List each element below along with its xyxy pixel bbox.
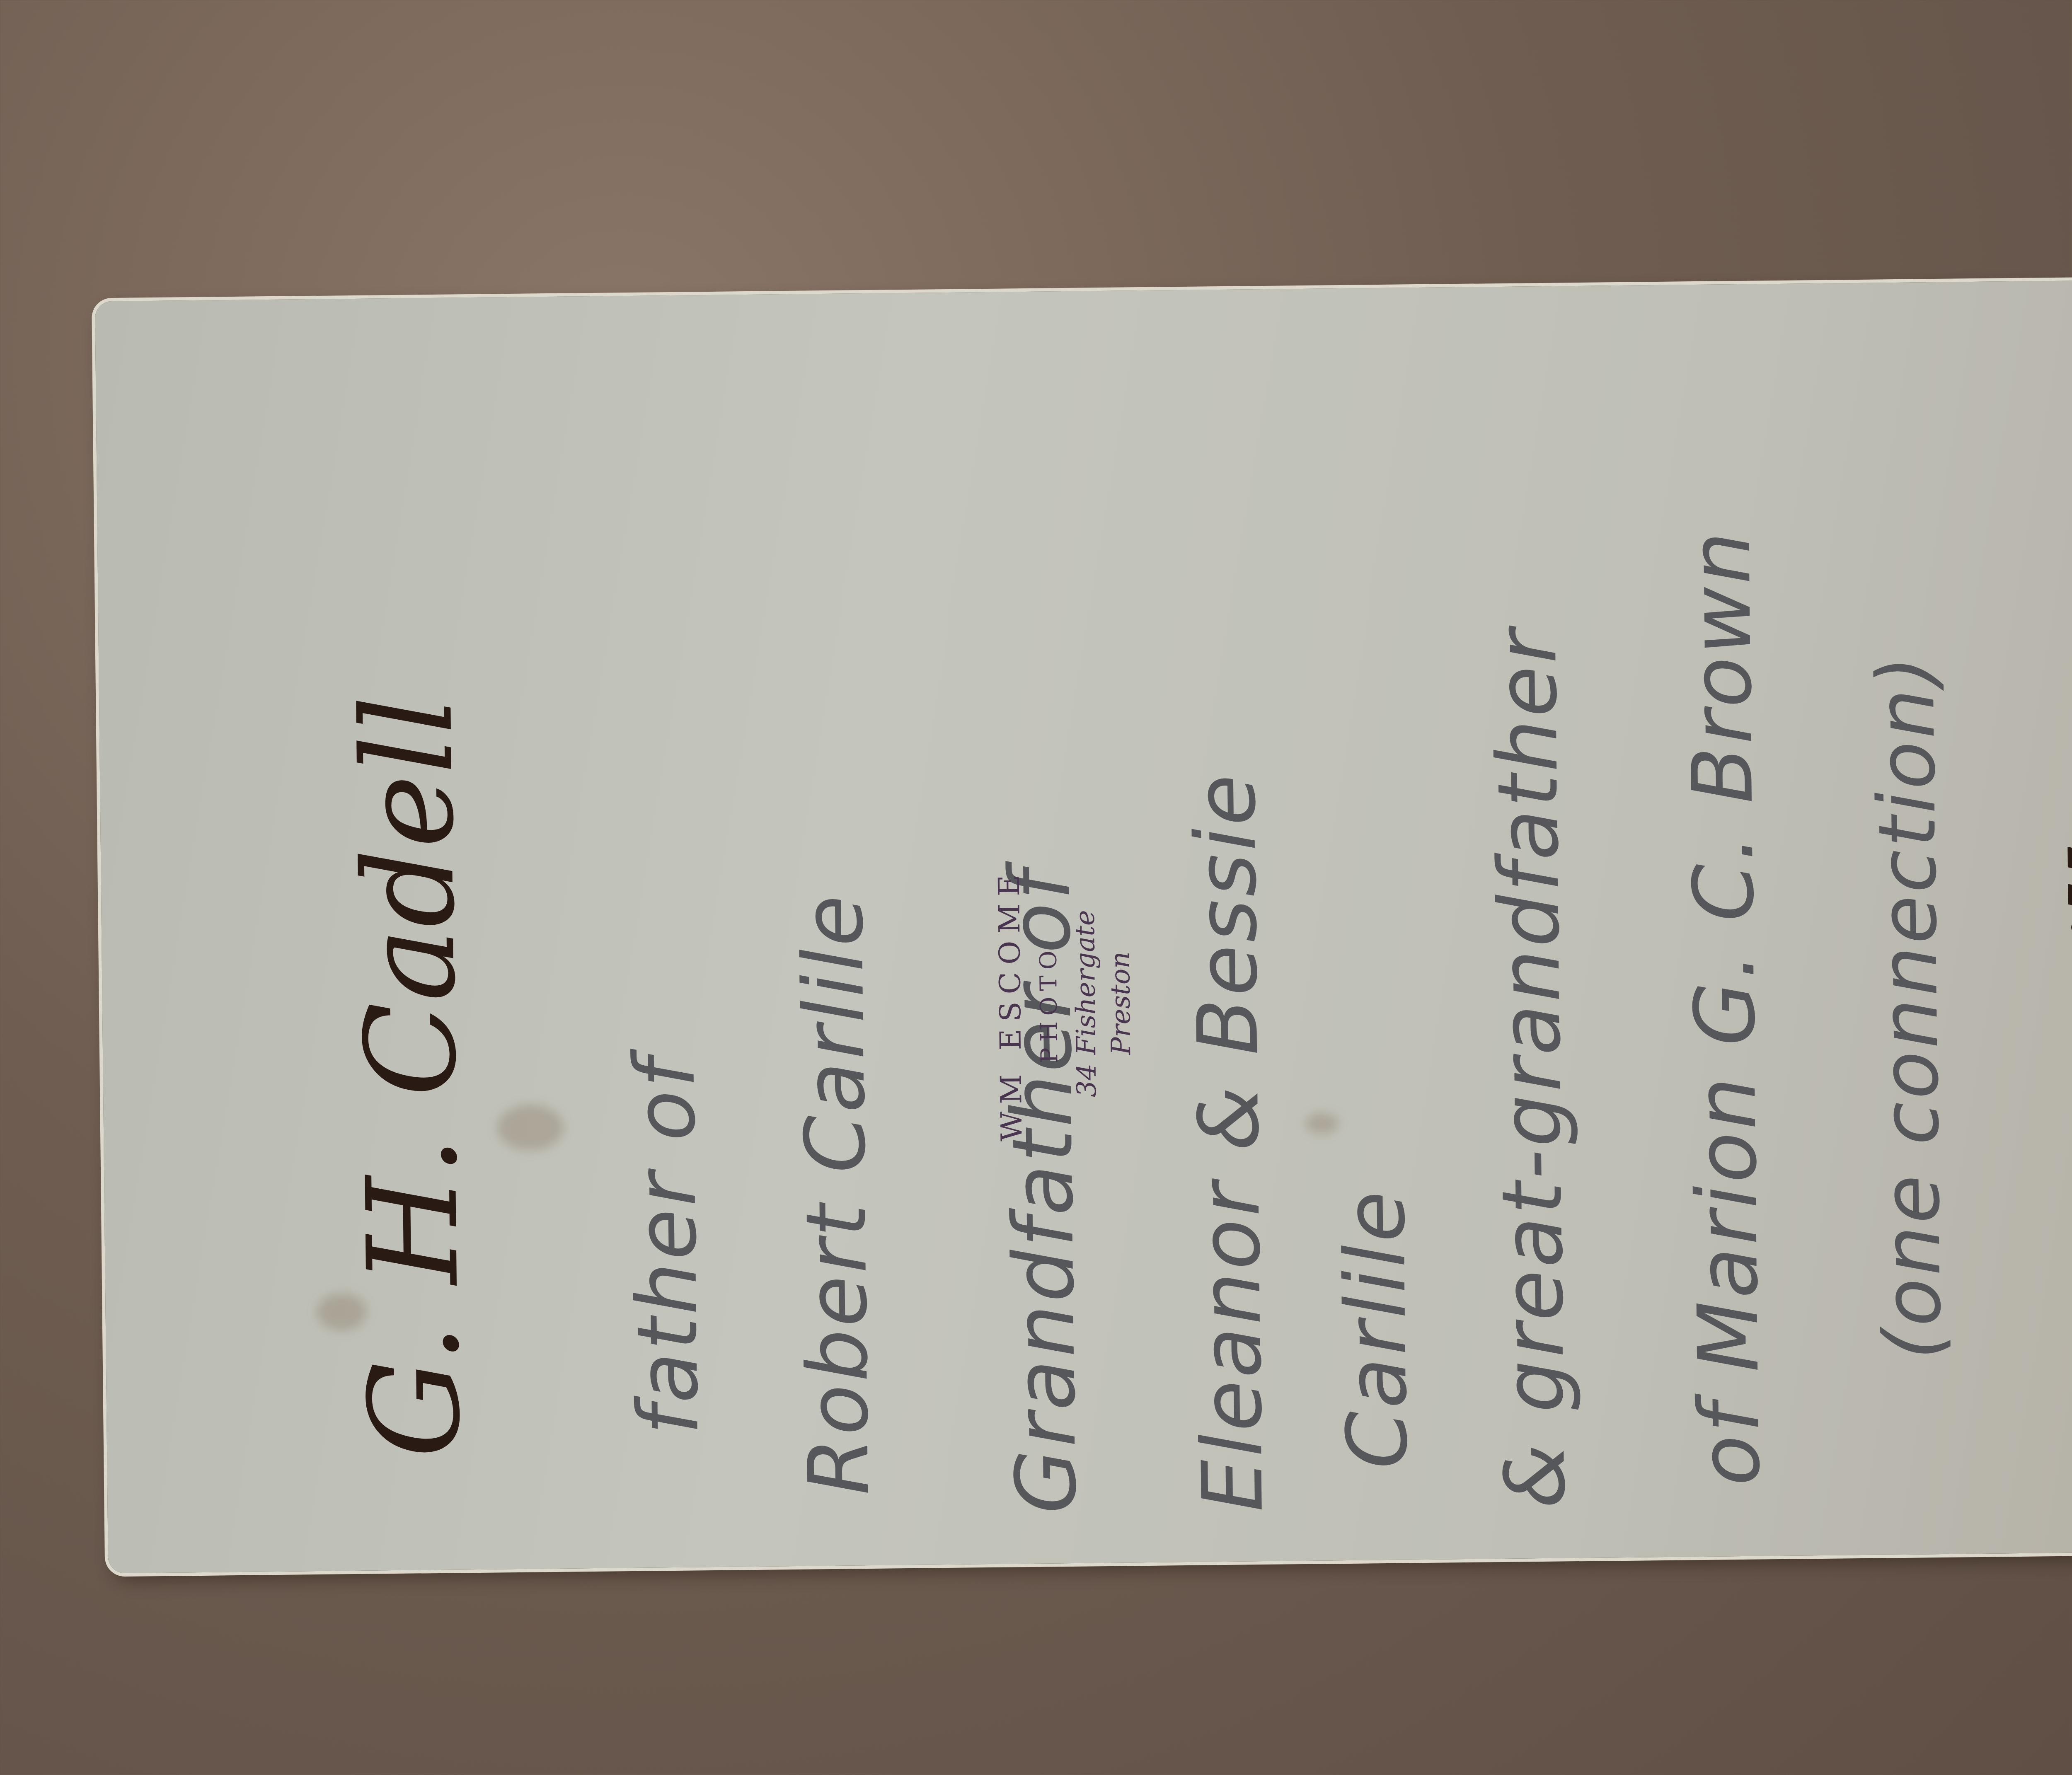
handwritten-line-name: G. H. Cadell: [335, 694, 488, 1459]
handwritten-line: (one connection): [1860, 653, 1959, 1360]
stain: [497, 1105, 564, 1151]
handwritten-line: & great-grandfather: [1478, 626, 1584, 1509]
handwritten-line: Robert Carlile: [785, 892, 888, 1496]
stamp-label: PHOTO: [1034, 867, 1064, 1141]
stamp-name: WM ESCOME: [992, 867, 1029, 1141]
photo-card-back: G. H. Cadell father of Robert Carlile Gr…: [95, 279, 2072, 1574]
stamp-town: Preston: [1104, 866, 1138, 1140]
photographer-stamp: WM ESCOME PHOTO 34 Fishergate Preston: [992, 866, 1138, 1141]
handwritten-line: Eleanor & Bessie: [1177, 771, 1282, 1512]
handwritten-line: father of: [617, 1056, 717, 1435]
stamp-address: 34 Fishergate: [1069, 866, 1103, 1140]
handwritten-line: Carlile: [1327, 1188, 1426, 1470]
stain: [1305, 1113, 1339, 1134]
handwritten-signature: E. Hill: [2048, 841, 2072, 1214]
handwritten-line: of Marion G. C. Brown: [1672, 529, 1779, 1486]
